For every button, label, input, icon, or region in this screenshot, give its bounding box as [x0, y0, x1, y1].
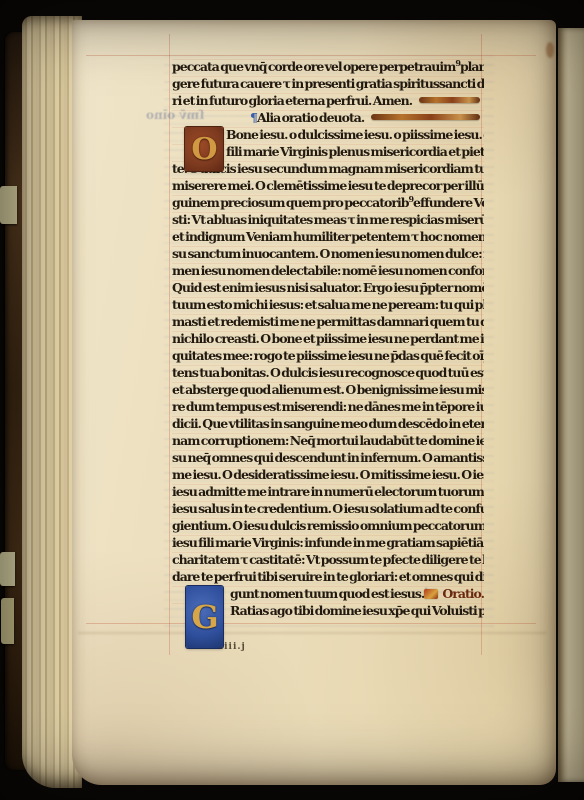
text-segment: iesu admitte me intrare in numerū electo…	[172, 483, 484, 500]
manuscript-page: ſmṽ oīno in O G peccata que vnq̄ corde o…	[72, 20, 556, 785]
text-line: masti et redemisti me ne permittas damna…	[172, 313, 484, 330]
text-line: iesu fili marie Virginis: infunde in me …	[172, 534, 484, 551]
text-line: gientium. O iesu dulcis remissio omnium …	[172, 517, 484, 534]
text-segment: plan-	[460, 58, 484, 75]
text-segment: masti et redemisti me ne permittas damna…	[172, 313, 484, 330]
text-line: guinem preciosum quem pro peccatorib9 ef…	[172, 194, 484, 211]
text-segment: Ratias ago tibi domine iesu xp̄e qui Vol…	[230, 602, 484, 619]
text-line: tuum esto michi iesus: et salua me ne pe…	[172, 296, 484, 313]
text-segment: sti: Vt abluas iniquitates meas τ in me …	[172, 211, 484, 228]
ruling-line-horizontal-top	[86, 55, 536, 56]
rubric-ornament	[424, 589, 438, 599]
text-segment: su neq̄ omnes qui descendunt in infernum…	[172, 449, 484, 466]
text-line: charitatem τ castitatē: Vt possum te pfe…	[172, 551, 484, 568]
text-line: peccata que vnq̄ corde ore vel opere per…	[172, 58, 484, 75]
illuminated-initial-o: O	[185, 127, 223, 171]
text-line: dicii. Que vtilitas in sanguine meo dum …	[172, 415, 484, 432]
text-line: su sanctum inuocantem. O nomen iesu nome…	[172, 245, 484, 262]
text-line: ¶ Alia oratio deuota.	[172, 109, 484, 126]
text-segment: Oratio.	[442, 585, 484, 602]
text-line: iesu salus in te credentium. O iesu sola…	[172, 500, 484, 517]
text-segment: miserere mei. O clemētissime iesu te dep…	[172, 177, 484, 194]
text-segment: gere futura cauere τ in presenti gratia …	[172, 75, 484, 92]
text-line: iesu admitte me intrare in numerū electo…	[172, 483, 484, 500]
text-line: nichilo creasti. O bone et piissime iesu…	[172, 330, 484, 347]
text-line: gere futura cauere τ in presenti gratia …	[172, 75, 484, 92]
text-segment: Bone iesu. o dulcissime iesu. o piissime…	[226, 126, 484, 143]
text-segment: nam corruptionem: Neq̄ mortui laudabūt t…	[172, 432, 484, 449]
text-line: dare te perfrui tibi seruire in te glori…	[172, 568, 484, 585]
text-line: tens tua bonitas. O dulcis iesu recognos…	[172, 364, 484, 381]
rubric-line-filler	[371, 114, 480, 120]
text-line: re dum tempus est miserendi: ne dānes me…	[172, 398, 484, 415]
text-segment: re dum tempus est miserendi: ne dānes me…	[172, 398, 484, 415]
text-segment: charitatem τ castitatē: Vt possum te pfe…	[172, 551, 484, 568]
text-segment: effundere Volui-	[413, 194, 484, 211]
text-segment: Quid est enim iesus nisi saluator. Ergo …	[172, 279, 484, 296]
text-segment: ri et in futuro gloria eterna perfrui. A…	[172, 92, 412, 109]
text-segment: dare te perfrui tibi seruire in te glori…	[172, 568, 484, 585]
text-line: Quid est enim iesus nisi saluator. Ergo …	[172, 279, 484, 296]
ruling-line-horizontal-bottom	[86, 623, 536, 624]
text-segment: ¶	[250, 109, 257, 126]
facing-page-sliver	[558, 28, 584, 782]
text-segment: quitates mee: rogo te piissime iesu ne p…	[172, 347, 484, 364]
text-line: men iesu nomen delectabile: nomē iesu no…	[172, 262, 484, 279]
text-line: quitates mee: rogo te piissime iesu ne p…	[172, 347, 484, 364]
text-segment: peccata que vnq̄ corde ore vel opere per…	[172, 58, 455, 75]
text-line: et indignum Veniam humiliter petentem τ …	[172, 228, 484, 245]
text-line: ri et in futuro gloria eterna perfrui. A…	[172, 92, 484, 109]
bookmark-tab	[0, 552, 15, 586]
text-segment: Alia oratio deuota.	[257, 109, 364, 126]
text-segment: fili marie Virginis plenus misericordia …	[226, 143, 484, 160]
text-segment: gunt nomen tuum quod est iesus.	[230, 585, 424, 602]
text-segment: me iesu. O desideratissime iesu. O mitis…	[172, 466, 484, 483]
text-segment: gientium. O iesu dulcis remissio omnium …	[172, 517, 484, 534]
text-line: nam corruptionem: Neq̄ mortui laudabūt t…	[172, 432, 484, 449]
text-line: et absterge quod alienum est. O benignis…	[172, 381, 484, 398]
bookmark-tab	[1, 598, 14, 644]
text-segment: su sanctum inuocantem. O nomen iesu nome…	[172, 245, 484, 262]
quire-signature-mark: .iii.j	[220, 642, 246, 652]
page-stain	[546, 42, 554, 58]
text-block: O G peccata que vnq̄ corde ore vel opere…	[172, 58, 484, 619]
text-line: miserere mei. O clemētissime iesu te dep…	[172, 177, 484, 194]
text-line: me iesu. O desideratissime iesu. O mitis…	[172, 466, 484, 483]
illuminated-initial-g: G	[186, 586, 223, 648]
text-line: su neq̄ omnes qui descendunt in infernum…	[172, 449, 484, 466]
text-segment: tuum esto michi iesus: et salua me ne pe…	[172, 296, 484, 313]
text-segment: tens tua bonitas. O dulcis iesu recognos…	[172, 364, 484, 381]
page-crease	[78, 632, 546, 634]
text-segment: iesu salus in te credentium. O iesu sola…	[172, 500, 484, 517]
text-line: sti: Vt abluas iniquitates meas τ in me …	[172, 211, 484, 228]
text-segment: iesu fili marie Virginis: infunde in me …	[172, 534, 483, 551]
text-segment: guinem preciosum quem pro peccatorib	[172, 194, 408, 211]
book-photo: ſmṽ oīno in O G peccata que vnq̄ corde o…	[0, 0, 584, 800]
text-segment: et indignum Veniam humiliter petentem τ …	[172, 228, 484, 245]
bookmark-tab	[0, 186, 17, 224]
text-segment: dicii. Que vtilitas in sanguine meo dum …	[172, 415, 484, 432]
ruling-line-vertical-left	[169, 34, 170, 655]
text-segment: nichilo creasti. O bone et piissime iesu…	[172, 330, 484, 347]
text-segment: et absterge quod alienum est. O benignis…	[172, 381, 484, 398]
text-segment: men iesu nomen delectabile: nomē iesu no…	[172, 262, 484, 279]
rubric-line-filler	[419, 97, 480, 103]
